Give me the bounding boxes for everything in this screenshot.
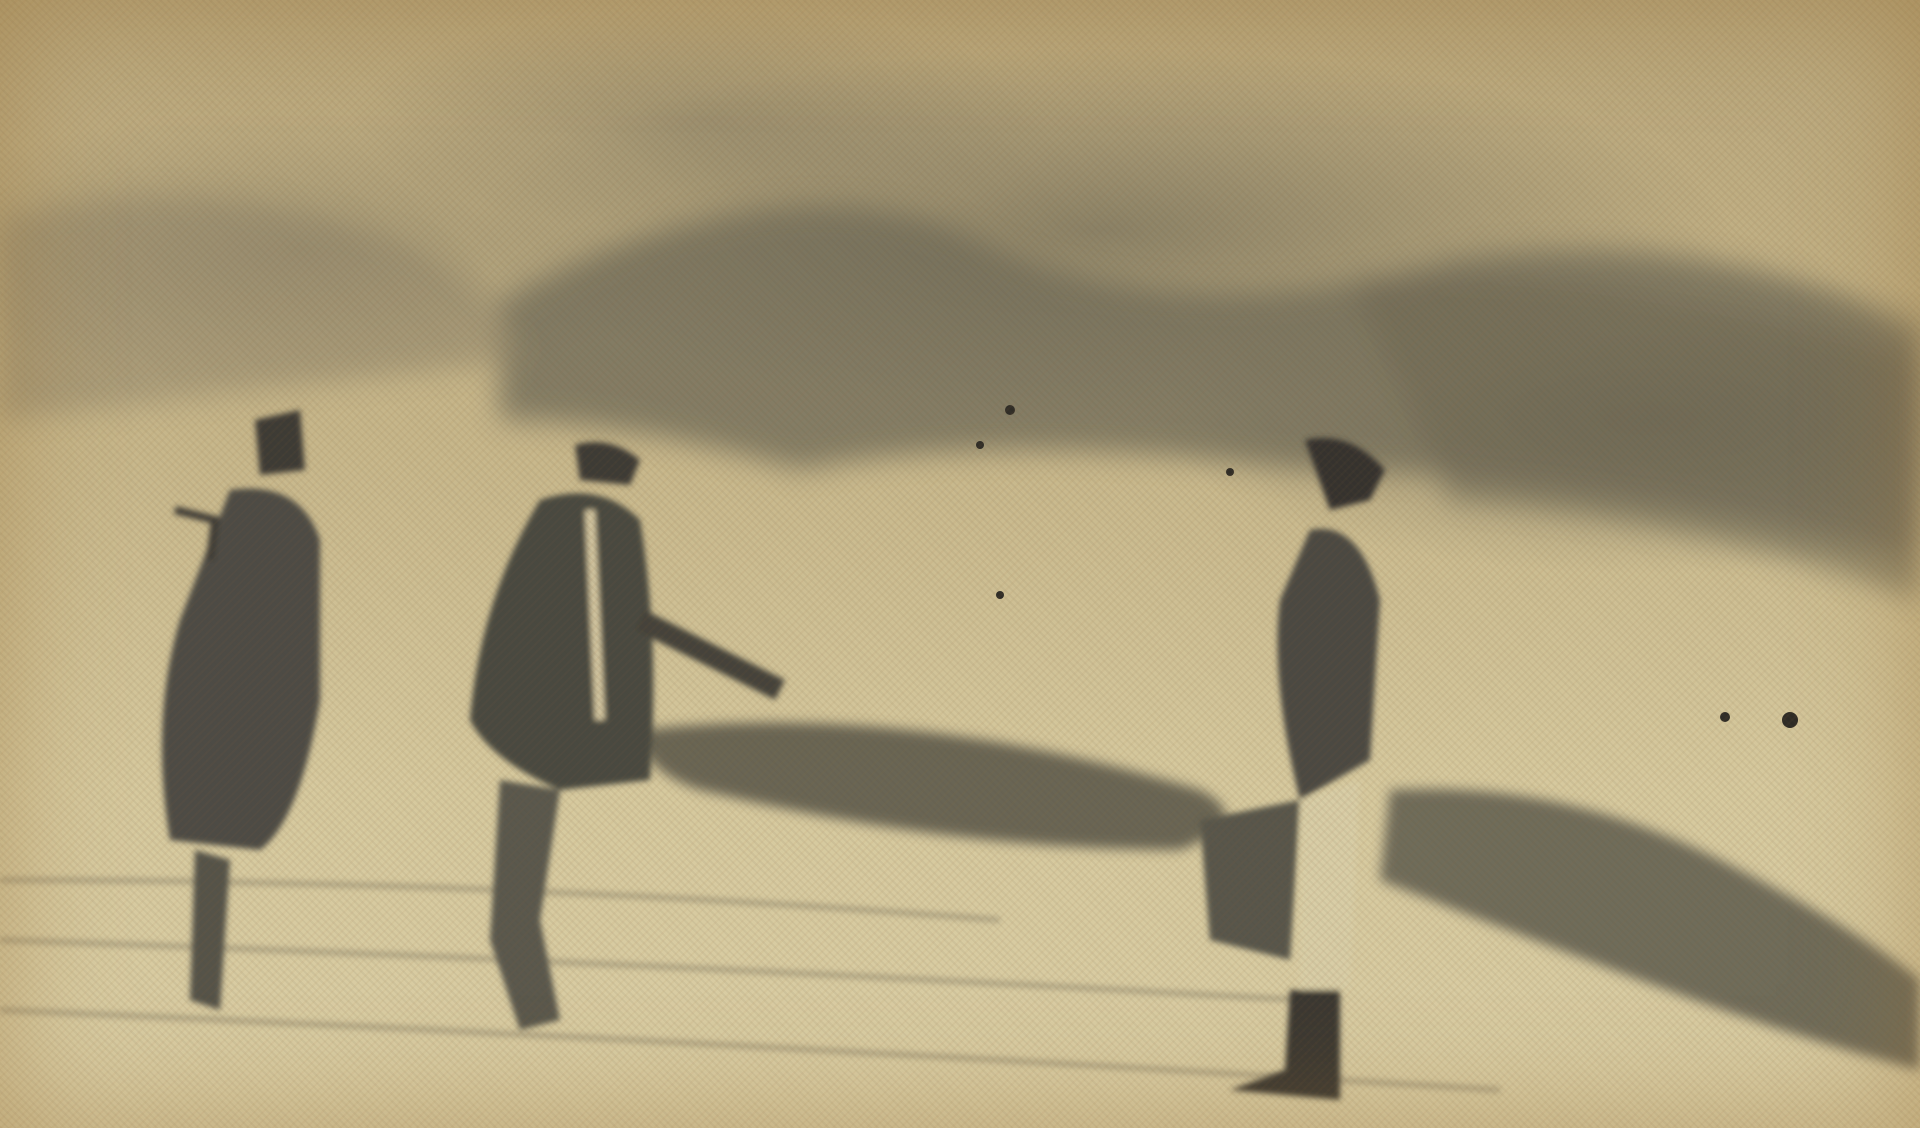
figure-left <box>162 410 320 1010</box>
vintage-photograph <box>0 0 1920 1128</box>
photo-scene <box>0 0 1920 1128</box>
figure-right <box>1200 438 1385 1100</box>
